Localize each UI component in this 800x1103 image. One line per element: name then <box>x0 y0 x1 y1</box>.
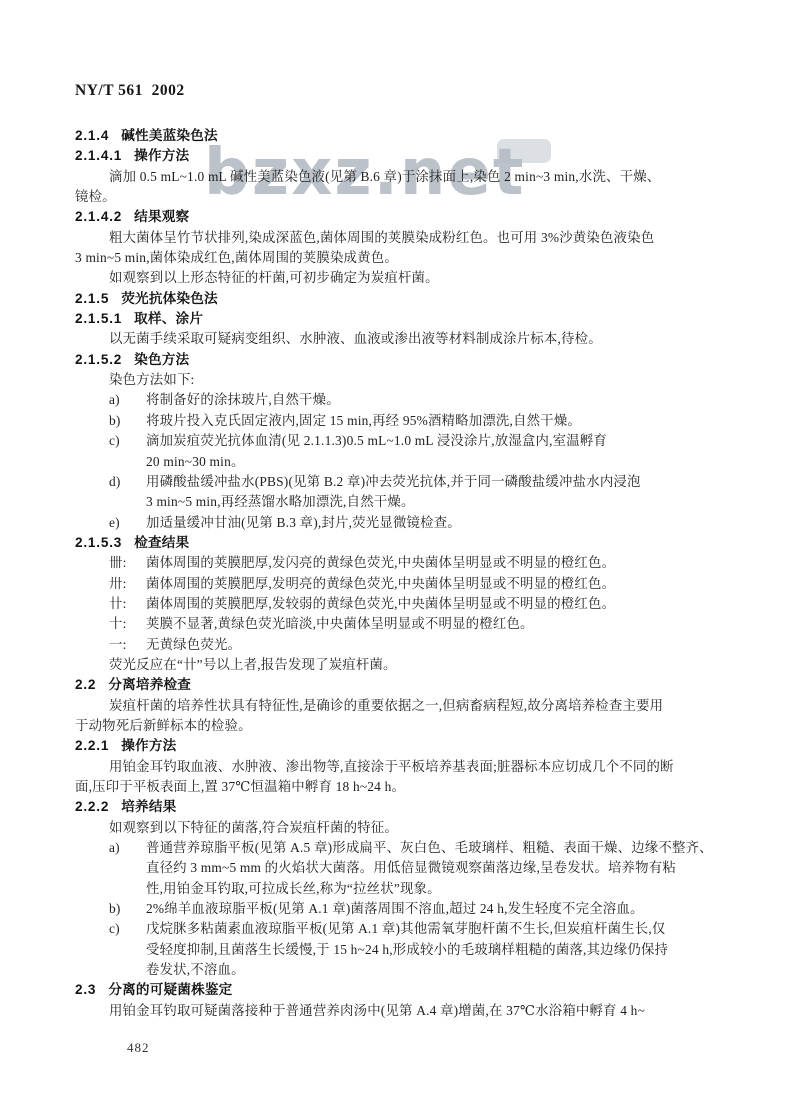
heading-title: 结果观察 <box>134 209 189 224</box>
paragraph-line: 用铂金耳钓取可疑菌落接种于普通营养肉汤中(见第 A.4 章)增菌,在 37℃水浴… <box>75 1001 743 1021</box>
list-item-line: d)用磷酸盐缓冲盐水(PBS)(见第 B.2 章)冲去荧光抗体,并于同一磷酸盐缓… <box>75 472 743 492</box>
section-heading: 2.1.5.1取样、涂片 <box>75 309 743 329</box>
paragraph-line: 3 min~5 min,菌体染成红色,菌体周围的荚膜染成黄色。 <box>75 248 743 268</box>
paragraph-line: 如观察到以上形态特征的杆菌,可初步确定为炭疽杆菌。 <box>75 268 743 288</box>
list-item-line: b)将玻片投入克氏固定液内,固定 15 min,再经 95%酒精略加漂洗,自然干… <box>75 411 743 431</box>
line-text: 炭疽杆菌的培养性状具有特征性,是确诊的重要依据之一,但病畜病程短,故分离培养检查… <box>109 698 663 713</box>
paragraph-line: 受轻度抑制,且菌落生长缓慢,于 15 h~24 h,形成较小的毛玻璃样粗糙的菌落… <box>75 940 743 960</box>
line-text: 2%绵羊血液琼脂平板(见第 A.1 章)菌落周围不溶血,超过 24 h,发生轻度… <box>146 901 644 916</box>
line-text: 菌体周围的荚膜肥厚,发闪亮的黄绿色荧光,中央菌体呈明显或不明显的橙红色。 <box>146 555 615 570</box>
line-text: 性,用铂金耳钓取,可拉成长丝,称为“拉丝状”现象。 <box>146 881 441 896</box>
line-label: b) <box>109 899 146 919</box>
line-label: e) <box>109 513 146 533</box>
heading-title: 碱性美蓝染色法 <box>121 128 218 143</box>
line-text: 菌体周围的荚膜肥厚,发明亮的黄绿色荧光,中央菌体呈明显或不明显的橙红色。 <box>146 576 615 591</box>
line-text: 于动物死后新鲜标本的检验。 <box>75 718 252 733</box>
paragraph-line: 用铂金耳钓取血液、水肿液、渗出物等,直接涂于平板培养基表面;脏器标本应切成几个不… <box>75 757 743 777</box>
paragraph-line: 镜检。 <box>75 187 743 207</box>
section-number: 2.1.4.2 <box>75 209 122 224</box>
list-item-line: a)将制备好的涂抹玻片,自然干燥。 <box>75 390 743 410</box>
paragraph-line: 于动物死后新鲜标本的检验。 <box>75 716 743 736</box>
grade-result-line: 卌:菌体周围的荚膜肥厚,发闪亮的黄绿色荧光,中央菌体呈明显或不明显的橙红色。 <box>75 553 743 573</box>
line-label: 卅: <box>109 574 146 594</box>
line-text: 荚膜不显著,黄绿色荧光暗淡,中央菌体呈明显或不明显的橙红色。 <box>146 616 534 631</box>
list-item-line: e)加适量缓冲甘油(见第 B.3 章),封片,荧光显微镜检查。 <box>75 513 743 533</box>
section-number: 2.1.5.1 <box>75 311 122 326</box>
section-number: 2.2.2 <box>75 799 109 814</box>
line-label: a) <box>109 390 146 410</box>
section-heading: 2.1.5.3检查结果 <box>75 533 743 553</box>
line-text: 荧光反应在“卄”号以上者,报告发现了炭疽杆菌。 <box>109 657 397 672</box>
line-text: 受轻度抑制,且菌落生长缓慢,于 15 h~24 h,形成较小的毛玻璃样粗糙的菌落… <box>146 942 668 957</box>
document-page: bzxz.net NY/T 561 2002 2.1.4碱性美蓝染色法2.1.4… <box>0 0 800 1103</box>
heading-title: 培养结果 <box>121 799 176 814</box>
line-text: 染色方法如下: <box>109 372 194 387</box>
line-text: 用磷酸盐缓冲盐水(PBS)(见第 B.2 章)冲去荧光抗体,并于同一磷酸盐缓冲盐… <box>146 474 641 489</box>
line-text: 将制备好的涂抹玻片,自然干燥。 <box>146 392 340 407</box>
paragraph-line: 荧光反应在“卄”号以上者,报告发现了炭疽杆菌。 <box>75 655 743 675</box>
list-item-line: c)戊烷脒多粘菌素血液琼脂平板(见第 A.1 章)其他需氧芽胞杆菌不生长,但炭疽… <box>75 919 743 939</box>
list-item-line: b)2%绵羊血液琼脂平板(见第 A.1 章)菌落周围不溶血,超过 24 h,发生… <box>75 899 743 919</box>
section-number: 2.2.1 <box>75 738 109 753</box>
line-text: 如观察到以下特征的菌落,符合炭疽杆菌的特征。 <box>109 820 398 835</box>
line-label: a) <box>109 838 146 858</box>
section-heading: 2.3分离的可疑菌株鉴定 <box>75 980 743 1000</box>
line-text: 卷发状,不溶血。 <box>146 962 245 977</box>
grade-result-line: 卄:菌体周围的荚膜肥厚,发较弱的黄绿色荧光,中央菌体呈明显或不明显的橙红色。 <box>75 594 743 614</box>
line-text: 面,压印于平板表面上,置 37℃恒温箱中孵育 18 h~24 h。 <box>75 779 405 794</box>
grade-result-line: 一:无黄绿色荧光。 <box>75 635 743 655</box>
section-number: 2.2 <box>75 677 96 692</box>
heading-title: 荧光抗体染色法 <box>121 291 218 306</box>
paragraph-line: 3 min~5 min,再经蒸馏水略加漂洗,自然干燥。 <box>75 492 743 512</box>
paragraph-line: 滴加 0.5 mL~1.0 mL 碱性美蓝染色液(见第 B.6 章)于涂抹面上,… <box>75 167 743 187</box>
paragraph-line: 直径约 3 mm~5 mm 的火焰状大菌落。用低倍显微镜观察菌落边缘,呈卷发状。… <box>75 858 743 878</box>
page-number: 482 <box>127 1040 150 1056</box>
line-text: 滴加炭疽荧光抗体血清(见 2.1.1.3)0.5 mL~1.0 mL 浸没涂片,… <box>146 433 607 448</box>
list-item-line: c)滴加炭疽荧光抗体血清(见 2.1.1.3)0.5 mL~1.0 mL 浸没涂… <box>75 431 743 451</box>
section-heading: 2.2.1操作方法 <box>75 736 743 756</box>
line-text: 无黄绿色荧光。 <box>146 637 241 652</box>
section-heading: 2.2分离培养检查 <box>75 675 743 695</box>
line-text: 以无菌手续采取可疑病变组织、水肿液、血液或渗出液等材料制成涂片标本,待检。 <box>109 331 602 346</box>
paragraph-line: 20 min~30 min。 <box>75 452 743 472</box>
line-label: 一: <box>109 635 146 655</box>
paragraph-line: 面,压印于平板表面上,置 37℃恒温箱中孵育 18 h~24 h。 <box>75 777 743 797</box>
section-heading: 2.2.2培养结果 <box>75 797 743 817</box>
line-label: d) <box>109 472 146 492</box>
line-text: 将玻片投入克氏固定液内,固定 15 min,再经 95%酒精略加漂洗,自然干燥。 <box>146 413 581 428</box>
section-heading: 2.1.5.2染色方法 <box>75 350 743 370</box>
paragraph-line: 染色方法如下: <box>75 370 743 390</box>
line-text: 滴加 0.5 mL~1.0 mL 碱性美蓝染色液(见第 B.6 章)于涂抹面上,… <box>109 169 660 184</box>
line-text: 如观察到以上形态特征的杆菌,可初步确定为炭疽杆菌。 <box>109 270 439 285</box>
section-number: 2.3 <box>75 982 96 997</box>
line-text: 3 min~5 min,菌体染成红色,菌体周围的荚膜染成黄色。 <box>75 250 398 265</box>
line-text: 3 min~5 min,再经蒸馏水略加漂洗,自然干燥。 <box>146 494 415 509</box>
heading-title: 操作方法 <box>121 738 176 753</box>
line-label: c) <box>109 431 146 451</box>
heading-title: 分离培养检查 <box>108 677 191 692</box>
document-body: 2.1.4碱性美蓝染色法2.1.4.1操作方法滴加 0.5 mL~1.0 mL … <box>75 126 743 1021</box>
line-text: 20 min~30 min。 <box>146 454 245 469</box>
section-heading: 2.1.5荧光抗体染色法 <box>75 289 743 309</box>
line-text: 镜检。 <box>75 189 116 204</box>
line-text: 直径约 3 mm~5 mm 的火焰状大菌落。用低倍显微镜观察菌落边缘,呈卷发状。… <box>146 860 676 875</box>
paragraph-line: 以无菌手续采取可疑病变组织、水肿液、血液或渗出液等材料制成涂片标本,待检。 <box>75 329 743 349</box>
heading-title: 分离的可疑菌株鉴定 <box>108 982 232 997</box>
heading-title: 取样、涂片 <box>134 311 203 326</box>
heading-title: 操作方法 <box>134 148 189 163</box>
line-text: 普通营养琼脂平板(见第 A.5 章)形成扁平、灰白色、毛玻璃样、粗糙、表面干燥、… <box>146 840 713 855</box>
line-label: c) <box>109 919 146 939</box>
paragraph-line: 炭疽杆菌的培养性状具有特征性,是确诊的重要依据之一,但病畜病程短,故分离培养检查… <box>75 696 743 716</box>
line-label: 十: <box>109 614 146 634</box>
paragraph-line: 如观察到以下特征的菌落,符合炭疽杆菌的特征。 <box>75 818 743 838</box>
line-text: 菌体周围的荚膜肥厚,发较弱的黄绿色荧光,中央菌体呈明显或不明显的橙红色。 <box>146 596 615 611</box>
line-label: 卌: <box>109 553 146 573</box>
line-text: 加适量缓冲甘油(见第 B.3 章),封片,荧光显微镜检查。 <box>146 515 461 530</box>
section-number: 2.1.4 <box>75 128 109 143</box>
section-number: 2.1.5.2 <box>75 352 122 367</box>
section-heading: 2.1.4.2结果观察 <box>75 207 743 227</box>
list-item-line: a)普通营养琼脂平板(见第 A.5 章)形成扁平、灰白色、毛玻璃样、粗糙、表面干… <box>75 838 743 858</box>
section-number: 2.1.5.3 <box>75 535 122 550</box>
grade-result-line: 十:荚膜不显著,黄绿色荧光暗淡,中央菌体呈明显或不明显的橙红色。 <box>75 614 743 634</box>
line-text: 用铂金耳钓取可疑菌落接种于普通营养肉汤中(见第 A.4 章)增菌,在 37℃水浴… <box>109 1003 645 1018</box>
heading-title: 检查结果 <box>134 535 189 550</box>
paragraph-line: 粗大菌体呈竹节状排列,染成深蓝色,菌体周围的荚膜染成粉红色。也可用 3%沙黄染色… <box>75 228 743 248</box>
section-number: 2.1.4.1 <box>75 148 122 163</box>
paragraph-line: 卷发状,不溶血。 <box>75 960 743 980</box>
line-text: 粗大菌体呈竹节状排列,染成深蓝色,菌体周围的荚膜染成粉红色。也可用 3%沙黄染色… <box>109 230 654 245</box>
line-text: 用铂金耳钓取血液、水肿液、渗出物等,直接涂于平板培养基表面;脏器标本应切成几个不… <box>109 759 674 774</box>
section-number: 2.1.5 <box>75 291 109 306</box>
grade-result-line: 卅:菌体周围的荚膜肥厚,发明亮的黄绿色荧光,中央菌体呈明显或不明显的橙红色。 <box>75 574 743 594</box>
line-label: b) <box>109 411 146 431</box>
standard-number: NY/T 561 2002 <box>75 82 185 100</box>
line-label: 卄: <box>109 594 146 614</box>
heading-title: 染色方法 <box>134 352 189 367</box>
paragraph-line: 性,用铂金耳钓取,可拉成长丝,称为“拉丝状”现象。 <box>75 879 743 899</box>
section-heading: 2.1.4.1操作方法 <box>75 146 743 166</box>
line-text: 戊烷脒多粘菌素血液琼脂平板(见第 A.1 章)其他需氧芽胞杆菌不生长,但炭疽杆菌… <box>146 921 666 936</box>
section-heading: 2.1.4碱性美蓝染色法 <box>75 126 743 146</box>
